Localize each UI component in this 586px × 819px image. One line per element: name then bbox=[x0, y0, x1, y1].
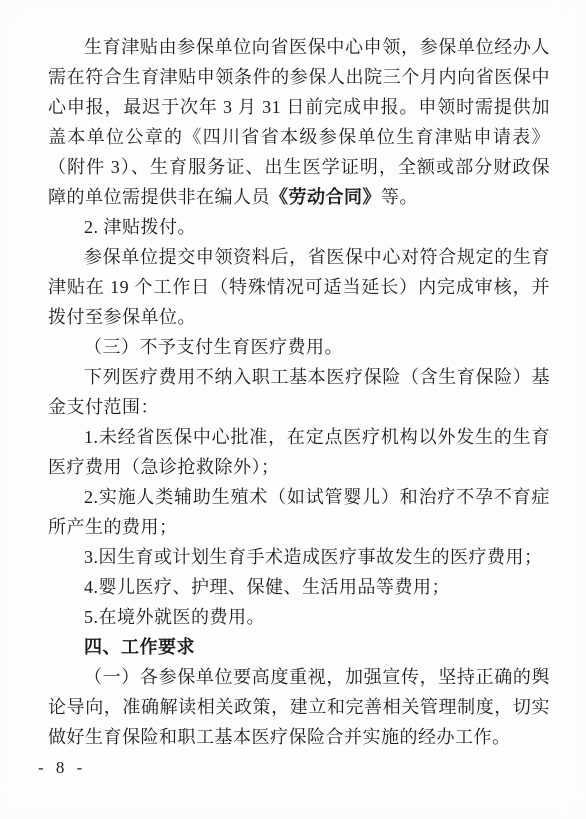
para-subsidy-payment-title: 2. 津贴拨付。 bbox=[48, 212, 550, 242]
heading-section4: 四、工作要求 bbox=[48, 632, 550, 662]
para-section3-title: （三）不予支付生育医疗费用。 bbox=[48, 332, 550, 362]
labor-contract-bold-text: 《劳动合同》 bbox=[270, 187, 381, 207]
para-subsidy-payment-body: 参保单位提交申领资料后，省医保中心对符合规定的生育津贴在 19 个工作日（特殊情… bbox=[48, 242, 550, 332]
para-subsidy-claim-text: 生育津贴由参保单位向省医保中心申领，参保单位经办人需在符合生育津贴申领条件的参保… bbox=[48, 37, 550, 207]
para-subsidy-claim: 生育津贴由参保单位向省医保中心申领，参保单位经办人需在符合生育津贴申领条件的参保… bbox=[48, 32, 550, 212]
document-body: 生育津贴由参保单位向省医保中心申领，参保单位经办人需在符合生育津贴申领条件的参保… bbox=[48, 32, 550, 752]
para-exclusion-intro: 下列医疗费用不纳入职工基本医疗保险（含生育保险）基金支付范围： bbox=[48, 362, 550, 422]
para-exclusion-item-1: 1.未经省医保中心批准，在定点医疗机构以外发生的生育医疗费用（急诊抢救除外）； bbox=[48, 422, 550, 482]
para-exclusion-item-4: 4.婴儿医疗、护理、保健、生活用品等费用； bbox=[48, 572, 550, 602]
para-exclusion-item-5: 5.在境外就医的费用。 bbox=[48, 602, 550, 632]
para-work-requirement-1: （一）各参保单位要高度重视，加强宣传，坚持正确的舆论导向，准确解读相关政策，建立… bbox=[48, 662, 550, 752]
para-exclusion-item-2: 2.实施人类辅助生殖术（如试管婴儿）和治疗不孕不育症所产生的费用； bbox=[48, 482, 550, 542]
scanned-document-page: 生育津贴由参保单位向省医保中心申领，参保单位经办人需在符合生育津贴申领条件的参保… bbox=[0, 0, 586, 819]
para-subsidy-claim-tail: 等。 bbox=[381, 187, 418, 207]
para-exclusion-item-3: 3.因生育或计划生育手术造成医疗事故发生的医疗费用； bbox=[48, 542, 550, 572]
page-number: - 8 - bbox=[38, 758, 86, 778]
